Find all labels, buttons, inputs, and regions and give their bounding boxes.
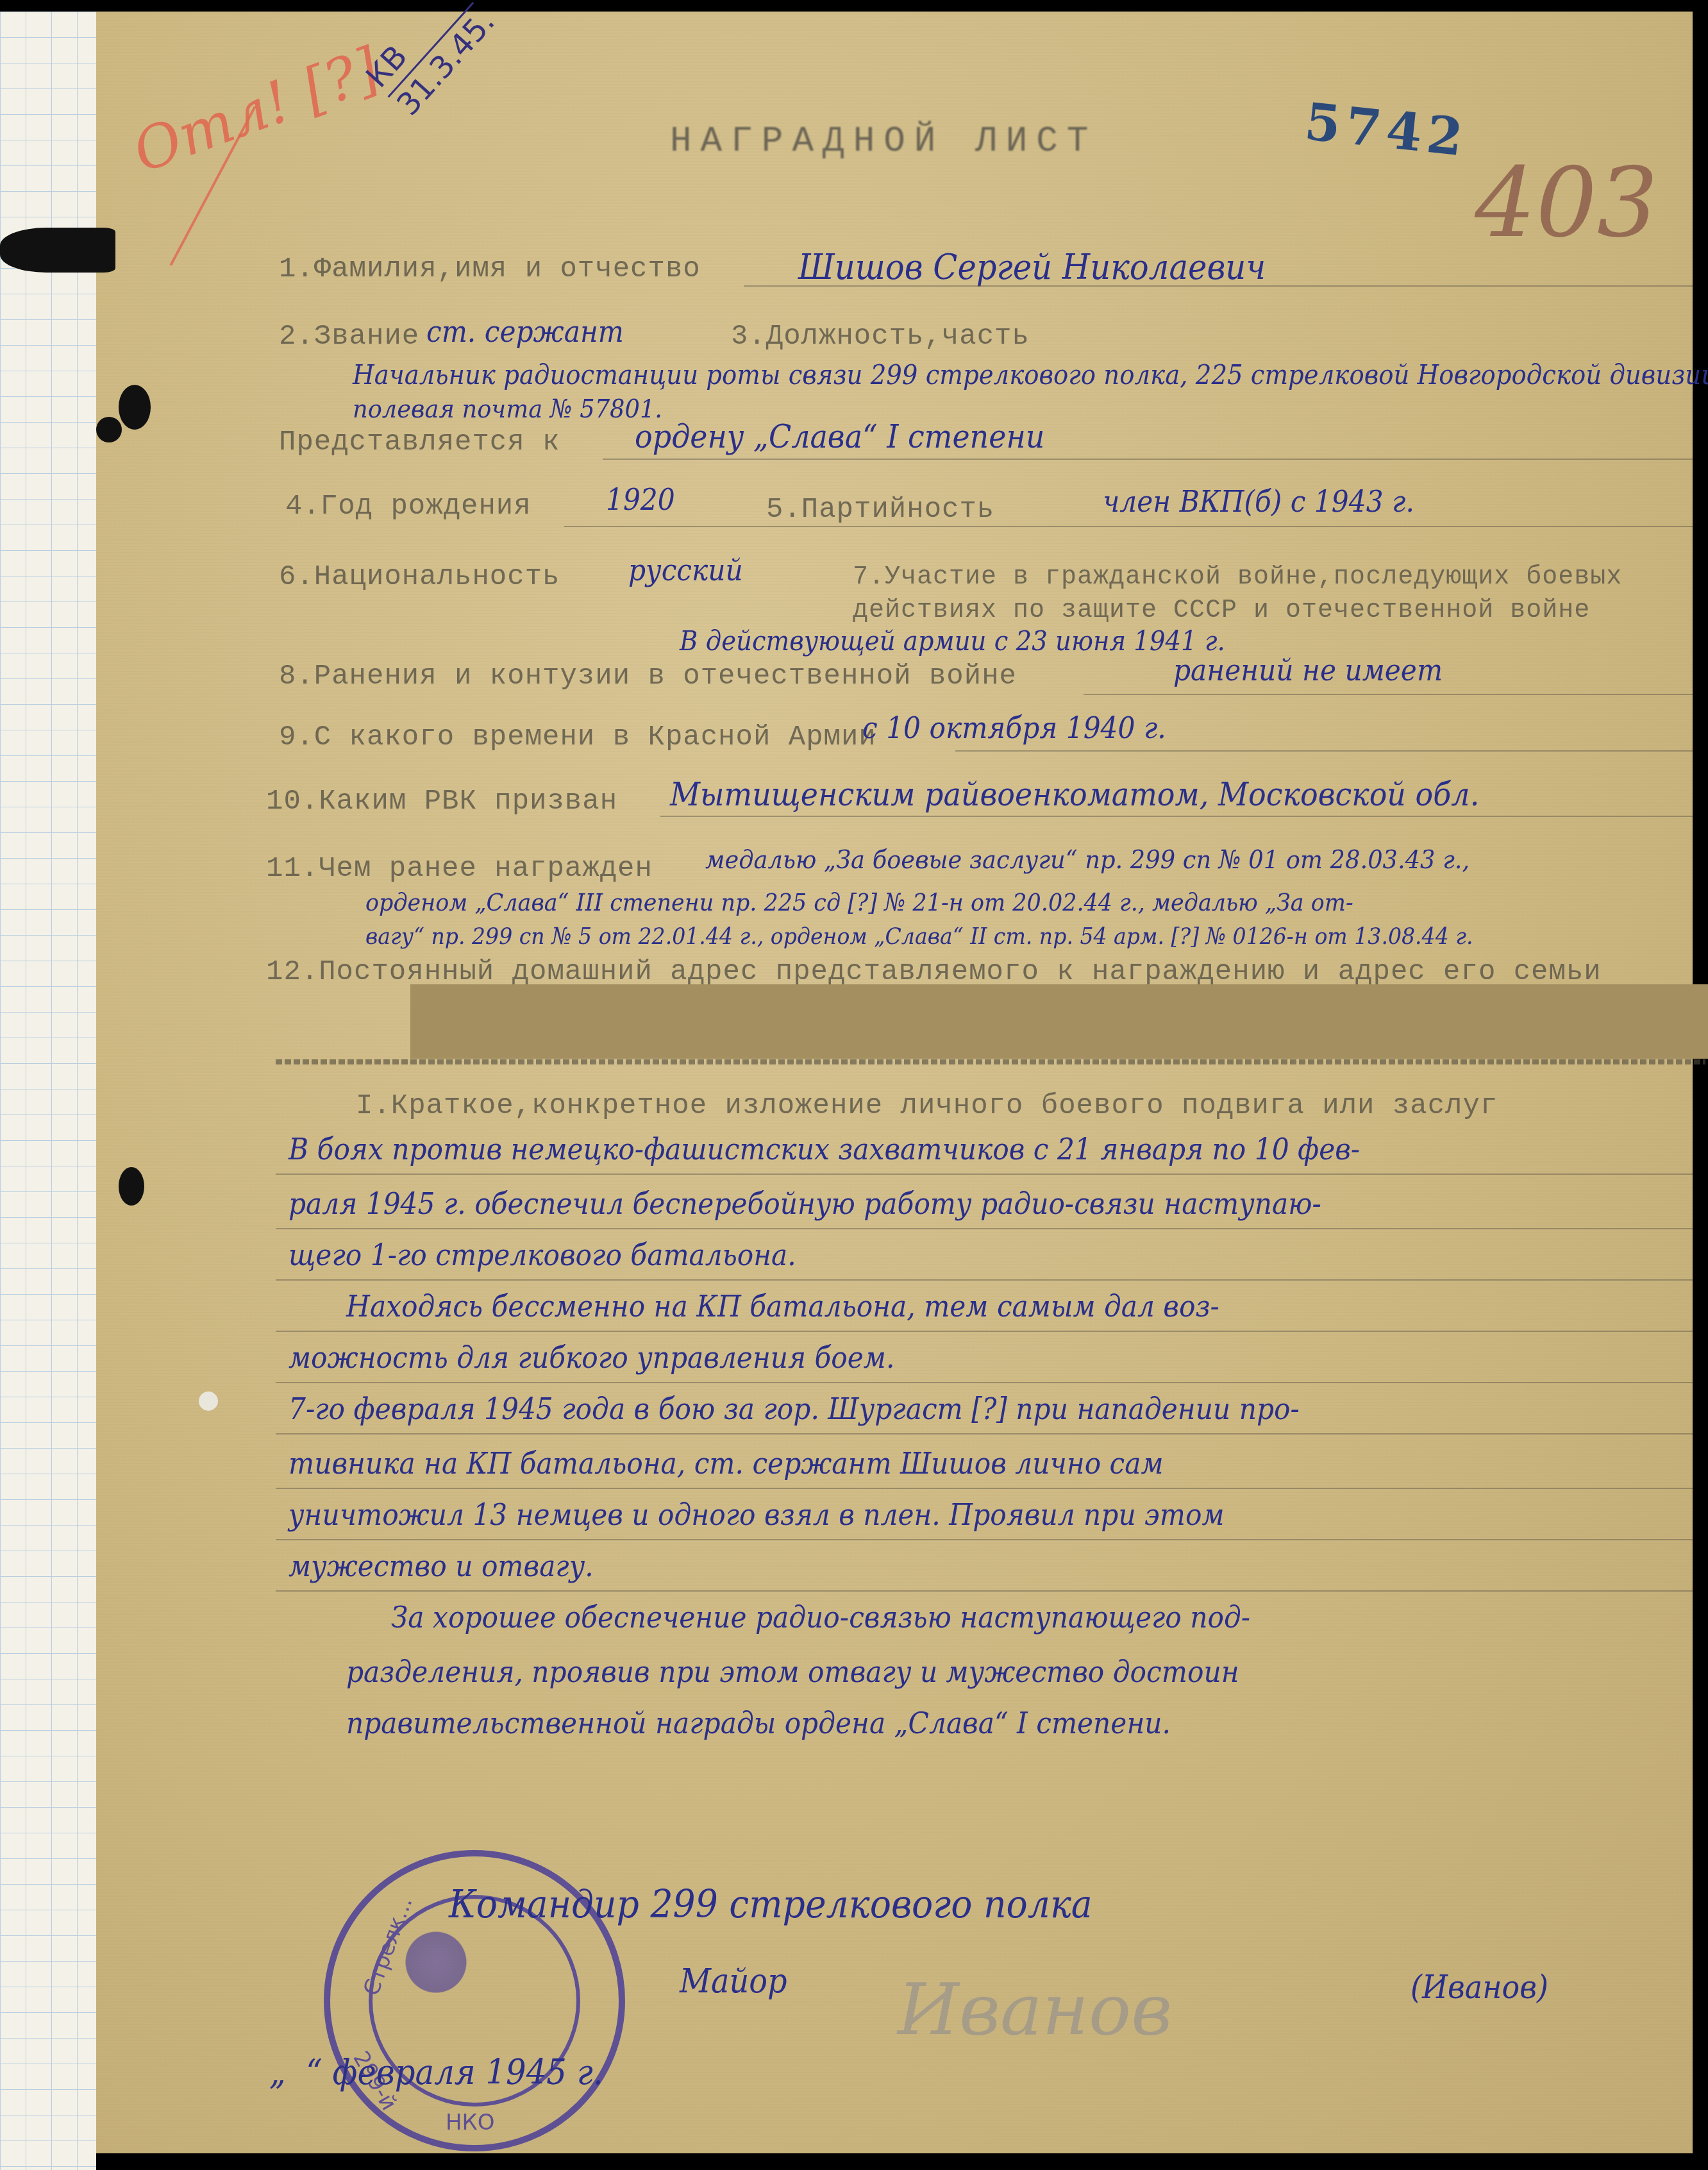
commander-title: Командир 299 стрелкового полка xyxy=(449,1882,1093,1927)
section-separator xyxy=(276,1059,1705,1064)
field-value-presented: ордену „Слава“ I степени xyxy=(635,418,1044,455)
ruled-line xyxy=(276,1488,1693,1489)
field-value-drafted-by: Мытищенским райвоенкоматом, Московской о… xyxy=(670,776,1479,813)
punch-hole xyxy=(96,417,122,442)
field-value-rank: ст. сержант xyxy=(426,314,624,349)
ruled-line xyxy=(276,1539,1693,1540)
ruled-line xyxy=(276,1433,1693,1434)
field-label-position: 3.Должность,часть xyxy=(731,321,1030,353)
field-value-wounds: ранений не имеет xyxy=(1173,653,1443,687)
grid-paper-margin xyxy=(0,12,96,2170)
commander-rank: Майор xyxy=(680,1962,787,2001)
narrative-line: разделения, проявив при этом отвагу и му… xyxy=(346,1654,1239,1689)
field-label-wounds: 8.Ранения и контузии в отечественной вой… xyxy=(279,660,1017,693)
field-label-drafted-by: 10.Каким РВК призван xyxy=(266,786,617,818)
commander-signature: Иванов xyxy=(898,1969,1172,2051)
brown-pencil-mark: 403 xyxy=(1475,147,1658,259)
punch-hole xyxy=(119,385,151,430)
narrative-line: Находясь бессменно на КП батальона, тем … xyxy=(346,1289,1219,1324)
narrative-line: 7-го февраля 1945 года в бою за гор. Шур… xyxy=(289,1392,1300,1426)
ruled-line xyxy=(276,1279,1693,1281)
punch-hole xyxy=(119,1167,144,1206)
narrative-line: щего 1-го стрелкового батальона. xyxy=(289,1238,796,1272)
ruled-line xyxy=(276,1590,1693,1592)
field-label-nationality: 6.Национальность xyxy=(279,561,560,593)
narrative-line: уничтожил 13 немцев и одного взял в плен… xyxy=(289,1497,1225,1532)
field-label-party: 5.Партийность xyxy=(766,494,994,526)
field-value-party: член ВКП(б) с 1943 г. xyxy=(1103,484,1414,519)
narrative-line: За хорошее обеспечение радио-связью наст… xyxy=(391,1600,1250,1635)
underline xyxy=(955,750,1693,752)
field-value-previous-awards-2: орденом „Слава“ III степени пр. 225 сд [… xyxy=(365,888,1353,916)
commander-name: (Иванов) xyxy=(1411,1969,1548,2006)
underline xyxy=(603,458,1693,460)
field-label-army-since: 9.С какого времени в Красной Армии xyxy=(279,721,876,753)
field-value-field-post: полевая почта № 57801. xyxy=(353,394,662,424)
field-value-war-participation: В действующей армии с 23 июня 1941 г. xyxy=(680,625,1225,657)
underline xyxy=(744,285,1693,287)
field-value-birth-year: 1920 xyxy=(606,482,675,517)
document-title: НАГРАДНОЙ ЛИСТ xyxy=(670,121,1097,162)
ruled-line xyxy=(276,1382,1693,1383)
underline xyxy=(660,816,1693,817)
field-value-position: Начальник радиостанции роты связи 299 ст… xyxy=(353,359,1708,391)
field-value-previous-awards-1: медалью „За боевые заслуги“ пр. 299 сп №… xyxy=(705,845,1469,875)
field-label-birth-year: 4.Год рождения xyxy=(285,491,532,523)
field-value-previous-awards-3: вагу“ пр. 299 сп № 5 от 22.01.44 г., орд… xyxy=(365,923,1473,950)
ruled-line xyxy=(276,1173,1693,1175)
narrative-line: тивника на КП батальона, ст. сержант Шиш… xyxy=(289,1446,1164,1481)
narrative-line: мужество и отвагу. xyxy=(289,1549,594,1583)
field-label-rank: 2.Звание xyxy=(279,321,419,353)
ruled-line xyxy=(276,1228,1693,1229)
narrative-line: раля 1945 г. обеспечил бесперебойную раб… xyxy=(289,1186,1321,1221)
narrative-line: В боях против немецко-фашистских захватч… xyxy=(289,1132,1360,1166)
underline xyxy=(564,526,1693,527)
field-label-war-participation: 7.Участие в гражданской войне,последующи… xyxy=(853,561,1641,628)
field-value-name: Шишов Сергей Николаевич xyxy=(798,247,1266,287)
section2-label: I.Краткое,конкретное изложение личного б… xyxy=(356,1090,1498,1122)
soviet-emblem-icon xyxy=(401,1927,471,1998)
narrative-line: можность для гибкого управления боем. xyxy=(289,1340,894,1375)
ruled-line xyxy=(276,1331,1693,1332)
field-label-previous-awards: 11.Чем ранее награжден xyxy=(266,853,653,885)
field-label-presented: Представляется к xyxy=(279,426,560,458)
field-value-army-since: с 10 октября 1940 г. xyxy=(862,711,1166,745)
signature-date: „ “ февраля 1945 г. xyxy=(269,2052,603,2092)
seal-text-nko: НКО xyxy=(446,2110,494,2135)
narrative-line: правительственной награды ордена „Слава“… xyxy=(346,1706,1171,1740)
field-value-nationality: русский xyxy=(628,553,743,587)
punch-hole xyxy=(199,1392,218,1411)
redacted-address xyxy=(410,984,1708,1059)
underline xyxy=(1084,694,1693,695)
torn-hole xyxy=(0,228,115,273)
field-label-name: 1.Фамилия,имя и отчество xyxy=(279,253,701,285)
